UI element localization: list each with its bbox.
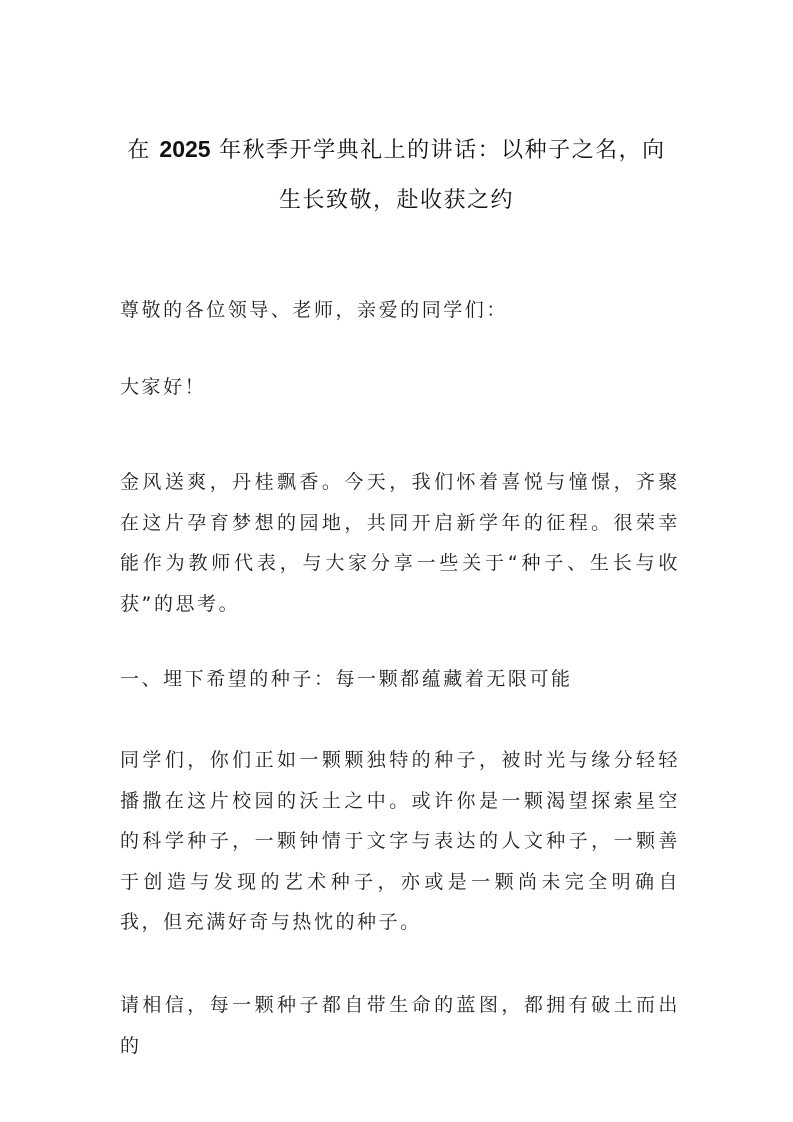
- document-page: 在 2025 年秋季开学典礼上的讲话：以种子之名，向 生长致敬，赴收获之约 尊敬…: [0, 0, 793, 1122]
- title-line1-rest: 年秋季开学典礼上的讲话：以种子之名，向: [219, 138, 666, 163]
- paragraph-greeting: 尊敬的各位领导、老师，亲爱的同学们：: [120, 290, 680, 331]
- paragraph-believe: 请相信，每一颗种子都自带生命的蓝图，都拥有破土而出的: [120, 985, 680, 1066]
- section-heading: 一、埋下希望的种子：每一颗都蕴藏着无限可能: [120, 659, 680, 700]
- title-year: 2025: [159, 136, 210, 162]
- paragraph-seeds: 同学们，你们正如一颗颗独特的种子，被时光与缘分轻轻播撒在这片校园的沃土之中。或许…: [120, 740, 680, 943]
- document-title: 在 2025 年秋季开学典礼上的讲话：以种子之名，向 生长致敬，赴收获之约: [100, 124, 693, 226]
- title-line2: 生长致敬，赴收获之约: [279, 188, 514, 213]
- paragraph-hello: 大家好！: [120, 367, 680, 408]
- paragraph-intro: 金风送爽，丹桂飘香。今天，我们怀着喜悦与憧憬，齐聚在这片孕育梦想的园地，共同开启…: [120, 462, 680, 624]
- title-prefix: 在: [127, 138, 151, 163]
